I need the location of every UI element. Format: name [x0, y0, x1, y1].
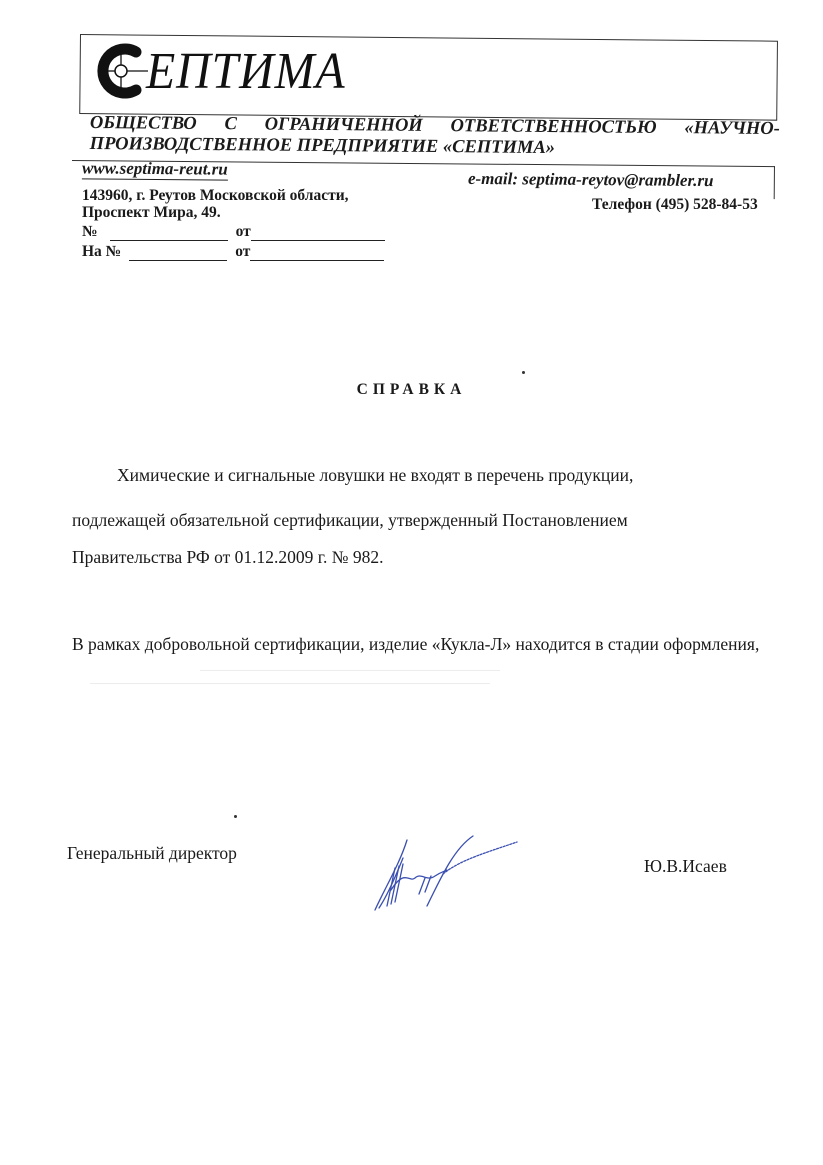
erased-text-residue	[90, 670, 500, 700]
crosshair-c-logo-icon	[92, 42, 150, 100]
paragraph-2: В рамках добровольной сертификации, изде…	[72, 635, 765, 654]
phone-number: Телефон (495) 528-84-53	[592, 196, 758, 214]
ref-from-label: от	[236, 223, 251, 241]
ref-date-blank	[251, 226, 385, 241]
signatory-name: Ю.В.Исаев	[644, 856, 727, 877]
email-address[interactable]: e-mail: septima-reytov@rambler.ru	[468, 169, 714, 191]
scan-speck	[522, 371, 525, 374]
address-line-1: 143960, г. Реутов Московской области,	[82, 187, 349, 205]
ref-number-label: №	[82, 223, 98, 241]
outgoing-reference-row: № от	[82, 223, 385, 241]
reply-date-blank	[250, 246, 384, 261]
company-logo-text: ЕПТИМА	[146, 46, 346, 98]
paragraph-1-line-3: Правительства РФ от 01.12.2009 г. № 982.	[72, 547, 383, 567]
scan-speck	[234, 815, 237, 818]
paragraph-1-line-2: подлежащей обязательной сертификации, ут…	[72, 510, 628, 530]
ref-number-blank	[110, 226, 228, 241]
organization-name: ОБЩЕСТВО С ОГРАНИЧЕННОЙ ОТВЕТСТВЕННОСТЬЮ…	[90, 113, 780, 161]
website-link[interactable]: www.septima-reut.ru	[82, 158, 228, 180]
document-title: СПРАВКА	[0, 381, 823, 399]
reply-from-label: от	[235, 243, 250, 261]
signatory-role: Генеральный директор	[67, 843, 237, 864]
address-line-2: Проспект Мира, 49.	[82, 204, 221, 222]
reply-number-label: На №	[82, 243, 121, 261]
handwritten-signature-icon	[365, 828, 525, 918]
paragraph-1-line-1: Химические и сигнальные ловушки не входя…	[117, 465, 633, 485]
incoming-reference-row: На № от	[82, 243, 384, 261]
reply-number-blank	[129, 246, 227, 261]
